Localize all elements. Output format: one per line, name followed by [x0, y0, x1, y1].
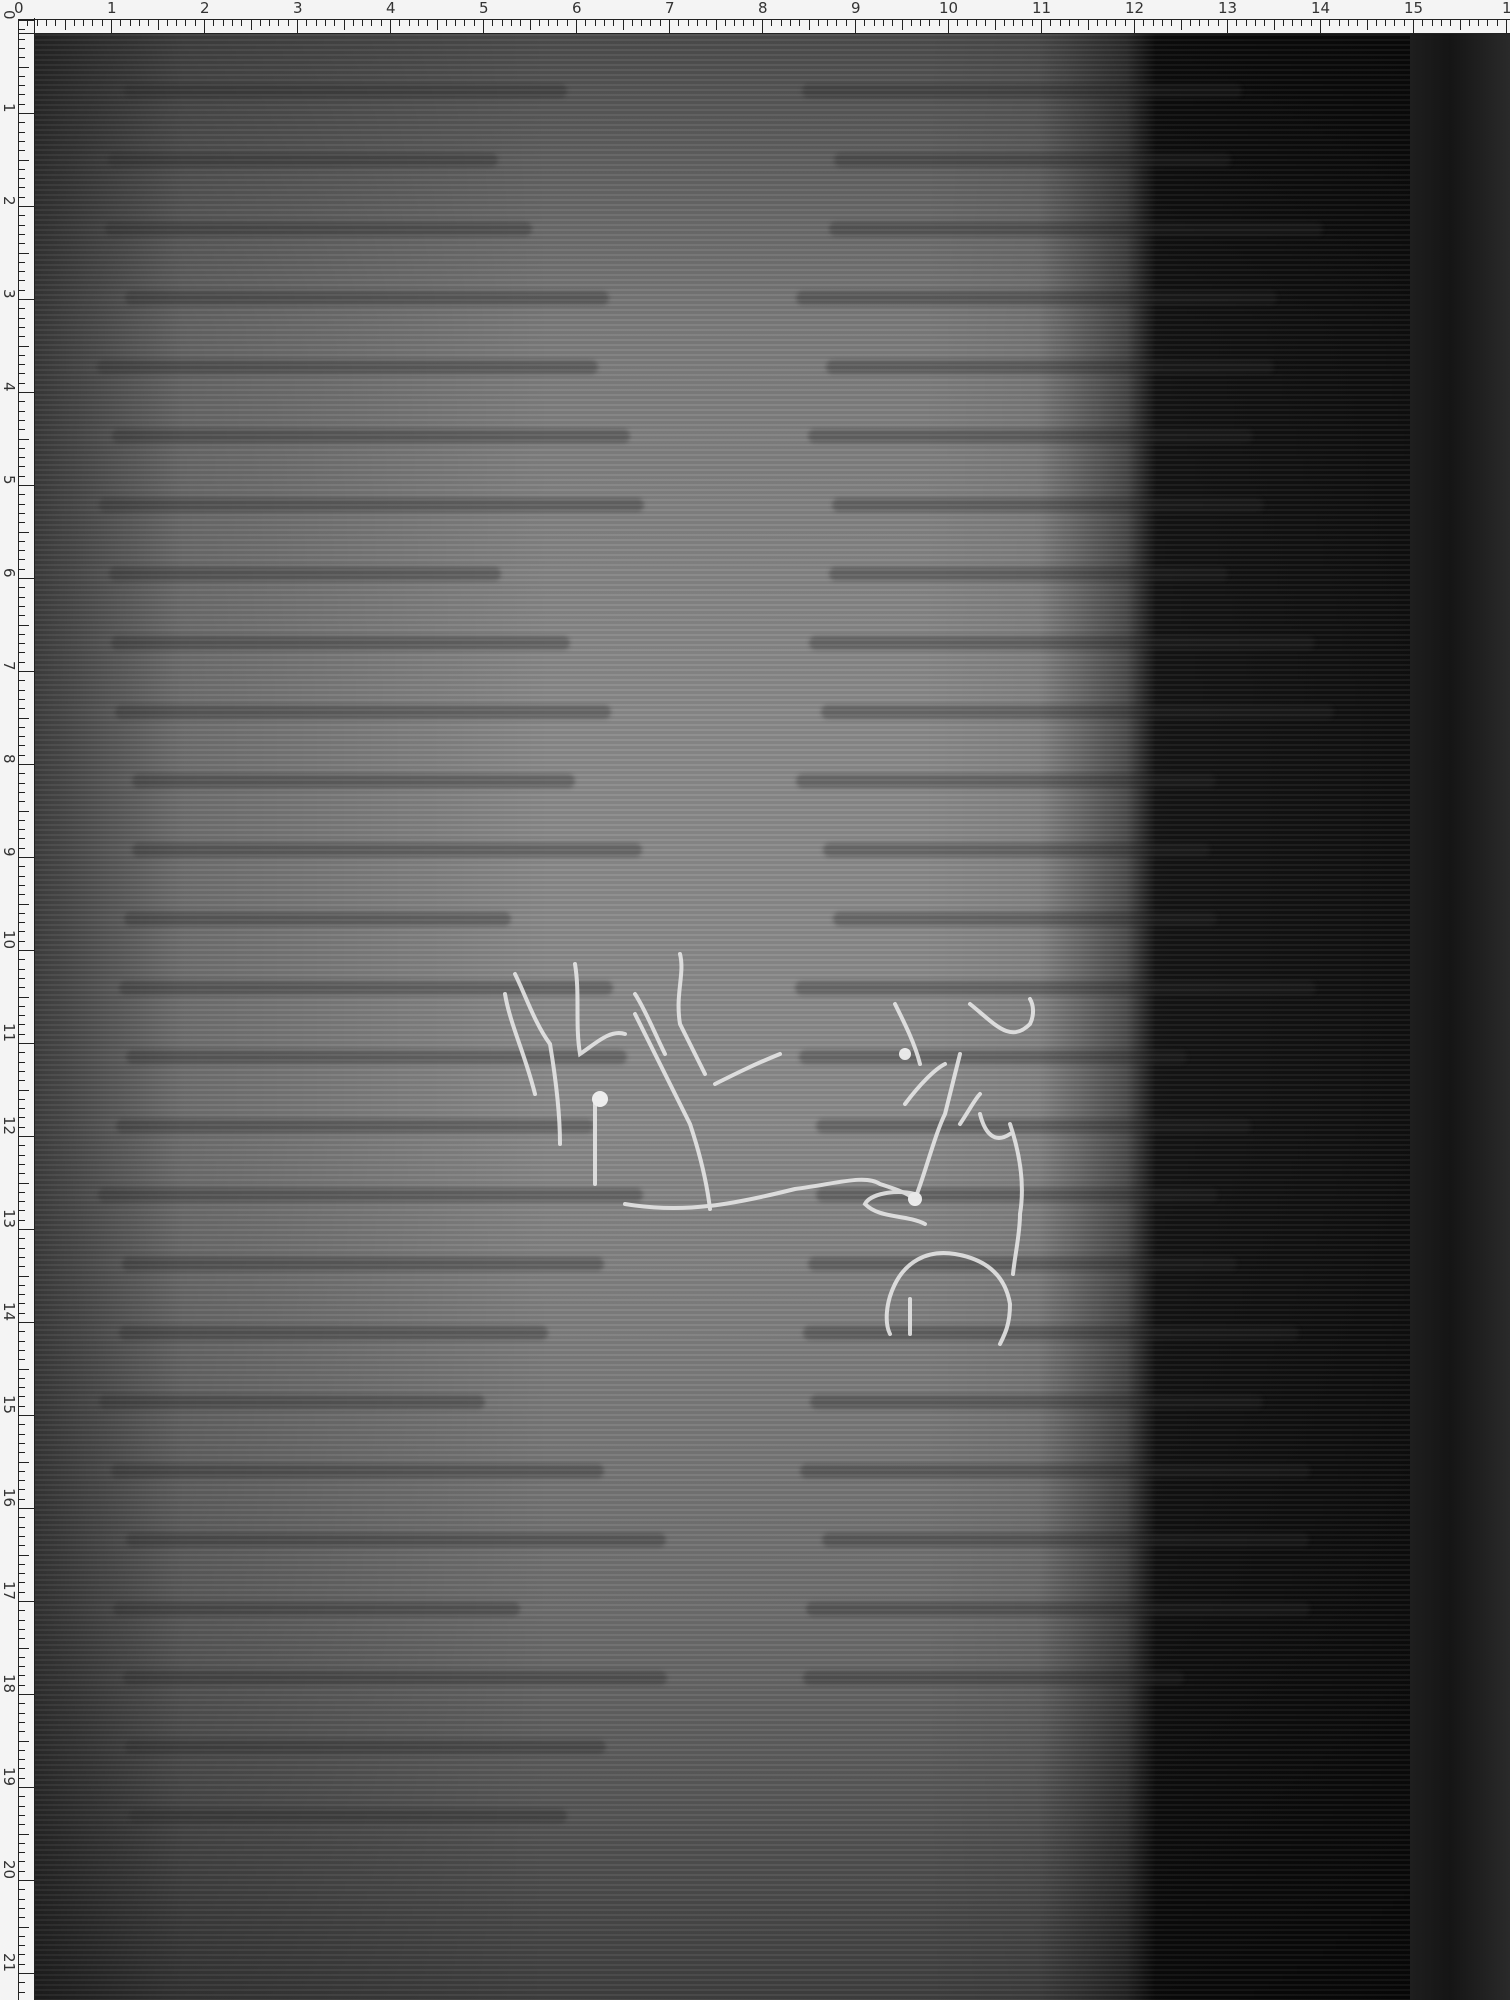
ruler-tick	[19, 680, 25, 681]
ruler-tick	[19, 597, 25, 598]
ruler-tick	[19, 1471, 25, 1472]
ruler-tick	[19, 411, 25, 412]
ruler-label-vertical: 3	[1, 289, 16, 299]
ruler-tick	[19, 922, 25, 923]
ruler-tick	[19, 122, 25, 123]
ruler-tick	[409, 20, 410, 26]
ruler-tick	[19, 373, 25, 374]
ruler-tick	[19, 1183, 29, 1184]
ruler-tick	[19, 485, 34, 486]
ruler-tick	[19, 1927, 29, 1928]
ruler-tick	[19, 1145, 25, 1146]
ruler-tick	[19, 20, 34, 21]
ruler-tick	[511, 20, 512, 26]
ruler-tick	[19, 29, 25, 30]
ruler-tick	[483, 20, 484, 35]
ruler-tick	[19, 187, 25, 188]
ruler-tick	[19, 253, 29, 254]
ruler-tick	[19, 1666, 25, 1667]
ruler-tick	[1469, 20, 1470, 26]
ruler-tick	[19, 1443, 25, 1444]
ruler-tick	[148, 20, 149, 26]
ruler-tick	[19, 829, 25, 830]
ruler-tick	[19, 587, 25, 588]
ruler-tick	[548, 20, 549, 26]
ruler-tick	[19, 1192, 25, 1193]
ruler-tick	[771, 20, 772, 26]
ruler-tick	[46, 20, 47, 26]
ruler-tick	[19, 1489, 25, 1490]
ruler-label-horizontal: 8	[758, 1, 768, 16]
ruler-tick	[111, 20, 112, 35]
ruler-tick	[19, 141, 25, 142]
ruler-tick	[19, 1415, 34, 1416]
ruler-tick	[902, 20, 903, 30]
ruler-tick	[19, 1992, 25, 1993]
ruler-tick	[19, 904, 29, 905]
ruler-tick	[19, 1787, 34, 1788]
ruler-tick	[19, 448, 25, 449]
ruler-tick	[19, 336, 25, 337]
ruler-tick	[846, 20, 847, 26]
ruler-tick	[1041, 20, 1042, 35]
ruler-tick	[55, 20, 56, 26]
ruler-tick	[781, 20, 782, 26]
ruler-tick	[1301, 20, 1302, 26]
ruler-tick	[1218, 20, 1219, 26]
ruler-tick	[929, 20, 930, 26]
ruler-tick	[809, 20, 810, 30]
ruler-tick	[19, 913, 25, 914]
ruler-tick	[669, 20, 670, 35]
ruler-tick	[1432, 20, 1433, 26]
ruler-tick	[1311, 20, 1312, 26]
ruler-tick	[19, 178, 25, 179]
ruler-tick	[19, 625, 29, 626]
ruler-tick	[19, 439, 29, 440]
ruler-tick	[334, 20, 335, 26]
ruler-tick	[19, 85, 25, 86]
ruler-tick	[1348, 20, 1349, 26]
ruler-label-vertical: 12	[1, 1116, 16, 1135]
ruler-tick	[19, 978, 25, 979]
ruler-tick	[1078, 20, 1079, 26]
ruler-tick	[1320, 20, 1321, 35]
ruler-tick	[19, 132, 25, 133]
ruler-tick	[19, 364, 25, 365]
ruler-tick	[585, 20, 586, 26]
ruler-tick	[19, 1452, 25, 1453]
ruler-tick	[19, 1685, 25, 1686]
ruler-tick	[19, 1555, 29, 1556]
ruler-label-vertical: 4	[1, 382, 16, 392]
ruler-label-vertical: 7	[1, 661, 16, 671]
ruler-tick	[19, 1062, 25, 1063]
ruler-tick	[19, 457, 25, 458]
ruler-tick	[19, 355, 25, 356]
ruler-tick	[65, 20, 66, 30]
ruler-tick	[19, 606, 25, 607]
ruler-tick	[19, 1954, 25, 1955]
ruler-tick	[1208, 20, 1209, 26]
ruler-tick	[632, 20, 633, 26]
ruler-tick	[19, 57, 25, 58]
ruler-tick	[19, 1629, 25, 1630]
ruler-tick	[1199, 20, 1200, 26]
ruler-tick	[232, 20, 233, 26]
ruler-tick	[19, 838, 25, 839]
ruler-tick	[19, 327, 25, 328]
ruler-tick	[19, 1015, 25, 1016]
ruler-tick	[725, 20, 726, 26]
ruler-label-vertical: 8	[1, 754, 16, 764]
ruler-tick	[19, 950, 34, 951]
ruler-tick	[19, 1052, 25, 1053]
ruler-tick	[19, 476, 25, 477]
ruler-tick	[19, 1462, 29, 1463]
ruler-tick	[1376, 20, 1377, 26]
ruler-tick	[19, 206, 34, 207]
ruler-tick	[251, 20, 252, 30]
ruler-tick	[19, 1945, 25, 1946]
ruler-tick	[19, 1285, 25, 1286]
ruler-tick	[19, 727, 25, 728]
ruler-tick	[19, 1917, 25, 1918]
ruler-tick	[19, 1843, 25, 1844]
ruler-label-vertical: 14	[1, 1302, 16, 1321]
ruler-tick	[19, 1434, 25, 1435]
ruler-tick	[19, 383, 25, 384]
ruler-tick	[19, 1322, 34, 1323]
ruler-tick	[19, 429, 25, 430]
ruler-tick	[427, 20, 428, 26]
ruler-tick	[185, 20, 186, 26]
ruler-tick	[1404, 20, 1405, 26]
vertical-ruler	[0, 0, 34, 2000]
ruler-tick	[19, 755, 25, 756]
ruler-tick	[353, 20, 354, 26]
ruler-tick	[19, 820, 25, 821]
ruler-label-vertical: 1	[1, 103, 16, 113]
ruler-label-vertical: 17	[1, 1581, 16, 1600]
ruler-tick	[19, 876, 25, 877]
ruler-tick	[1106, 20, 1107, 26]
ruler-tick	[19, 262, 25, 263]
ruler-tick	[19, 1136, 34, 1137]
ruler-label-horizontal: 6	[572, 1, 582, 16]
ruler-tick	[985, 20, 986, 26]
ruler-tick	[19, 532, 29, 533]
ruler-tick	[19, 1406, 25, 1407]
ruler-tick	[892, 20, 893, 26]
ruler-tick	[269, 20, 270, 26]
ruler-tick	[390, 20, 391, 35]
ruler-tick	[19, 1908, 25, 1909]
ruler-tick	[19, 1210, 25, 1211]
ruler-label-horizontal: 1	[1502, 1, 1510, 16]
ruler-tick	[1162, 20, 1163, 26]
ruler-tick	[19, 1294, 25, 1295]
ruler-tick	[19, 113, 34, 114]
ruler-label-horizontal: 3	[293, 1, 303, 16]
ruler-label-horizontal: 7	[665, 1, 675, 16]
ruler-tick	[1069, 20, 1070, 26]
ruler-tick	[1181, 20, 1182, 30]
ruler-label-vertical: 6	[1, 568, 16, 578]
ruler-tick	[19, 1545, 25, 1546]
ruler-tick	[716, 20, 717, 30]
ruler-tick	[19, 1303, 25, 1304]
ruler-tick	[19, 1024, 25, 1025]
ruler-tick	[1171, 20, 1172, 26]
ruler-tick	[19, 1499, 25, 1500]
ruler-tick	[539, 20, 540, 26]
ruler-tick	[19, 1201, 25, 1202]
ruler-tick	[19, 1722, 25, 1723]
ruler-tick	[948, 20, 949, 35]
ruler-tick	[734, 20, 735, 26]
ruler-tick	[799, 20, 800, 26]
ruler-tick	[911, 20, 912, 26]
ruler-tick	[19, 1508, 34, 1509]
ruler-tick	[19, 67, 29, 68]
ruler-tick	[19, 894, 25, 895]
ruler-label-horizontal: 12	[1125, 1, 1144, 16]
ruler-tick	[19, 541, 25, 542]
ruler-tick	[464, 20, 465, 26]
ruler-tick	[19, 1350, 25, 1351]
ruler-tick	[19, 504, 25, 505]
ruler-tick	[1032, 20, 1033, 26]
ruler-tick	[260, 20, 261, 26]
ruler-tick	[19, 671, 34, 672]
ruler-tick	[19, 466, 25, 467]
ruler-tick	[1394, 20, 1395, 26]
ruler-tick	[19, 1973, 34, 1974]
ruler-tick	[316, 20, 317, 26]
ruler-tick	[19, 885, 25, 886]
ruler-tick	[19, 169, 25, 170]
ruler-label-vertical: 10	[1, 930, 16, 949]
ruler-tick	[920, 20, 921, 26]
ruler-tick	[1255, 20, 1256, 26]
ruler-tick	[1264, 20, 1265, 26]
ruler-tick	[19, 1889, 25, 1890]
ruler-label-horizontal: 11	[1032, 1, 1051, 16]
ruler-tick	[19, 1601, 34, 1602]
ruler-tick	[19, 401, 25, 402]
ruler-tick	[19, 1527, 25, 1528]
ruler-tick	[167, 20, 168, 26]
ruler-label-vertical: 2	[1, 196, 16, 206]
ruler-tick	[19, 1117, 25, 1118]
ruler-tick	[706, 20, 707, 26]
ruler-label-horizontal: 14	[1311, 1, 1330, 16]
ruler-tick	[604, 20, 605, 26]
ruler-tick	[1339, 20, 1340, 26]
ruler-tick	[158, 20, 159, 30]
ruler-tick	[19, 931, 25, 932]
ruler-tick	[437, 20, 438, 30]
ruler-label-vertical: 19	[1, 1767, 16, 1786]
ruler-tick	[19, 801, 25, 802]
ruler-tick	[19, 1768, 25, 1769]
ruler-tick	[19, 392, 34, 393]
ruler-tick	[19, 1341, 25, 1342]
ruler-tick	[19, 1899, 25, 1900]
ruler-label-horizontal: 4	[386, 1, 396, 16]
ruler-tick	[19, 569, 25, 570]
ruler-tick	[92, 20, 93, 26]
ruler-tick	[19, 1396, 25, 1397]
ruler-tick	[19, 1573, 25, 1574]
ruler-tick	[19, 1620, 25, 1621]
ruler-tick	[19, 1034, 25, 1035]
stag-drawing	[35, 34, 1510, 2000]
ruler-tick	[1097, 20, 1098, 26]
ruler-tick	[19, 1861, 25, 1862]
ruler-tick	[1283, 20, 1284, 26]
ruler-label-horizontal: 15	[1404, 1, 1423, 16]
ruler-tick	[678, 20, 679, 26]
ruler-tick	[19, 848, 25, 849]
ruler-tick	[19, 1099, 25, 1100]
ruler-tick	[1367, 20, 1368, 30]
ruler-tick	[19, 811, 29, 812]
ruler-tick	[1153, 20, 1154, 26]
ruler-tick	[19, 1248, 25, 1249]
ruler-tick	[362, 20, 363, 26]
ruler-tick	[1125, 20, 1126, 26]
ruler-tick	[19, 1582, 25, 1583]
ruler-tick	[19, 1694, 34, 1695]
ruler-tick	[19, 1610, 25, 1611]
binding-gutter	[1410, 34, 1510, 2000]
ruler-tick	[19, 1229, 34, 1230]
ruler-tick	[818, 20, 819, 26]
ruler-tick	[19, 1164, 25, 1165]
ruler-tick	[297, 20, 298, 35]
ruler-tick	[19, 1982, 25, 1983]
ruler-tick	[19, 662, 25, 663]
ruler-tick	[19, 866, 25, 867]
ruler-tick	[19, 773, 25, 774]
ruler-tick	[19, 1127, 25, 1128]
ruler-tick	[19, 1424, 25, 1425]
ruler-tick	[19, 243, 25, 244]
ruler-tick	[19, 225, 25, 226]
ruler-tick	[576, 20, 577, 35]
ruler-tick	[195, 20, 196, 26]
ruler-label-horizontal: 5	[479, 1, 489, 16]
ruler-tick	[1236, 20, 1237, 26]
ruler-tick	[288, 20, 289, 26]
ruler-tick	[19, 1517, 25, 1518]
ruler-tick	[37, 20, 38, 26]
ruler-tick	[223, 20, 224, 26]
ruler-tick	[130, 20, 131, 26]
ruler-tick	[19, 1564, 25, 1565]
ruler-tick	[1115, 20, 1116, 26]
ruler-label-horizontal: 1	[107, 1, 117, 16]
ruler-tick	[753, 20, 754, 26]
ruler-tick	[19, 745, 25, 746]
ruler-tick	[19, 941, 25, 942]
ruler-tick	[19, 1331, 25, 1332]
ruler-tick	[19, 615, 25, 616]
ruler-tick	[595, 20, 596, 26]
ruler-tick	[1497, 20, 1498, 26]
ruler-label-vertical: 5	[1, 475, 16, 485]
ruler-tick	[83, 20, 84, 26]
ruler-label-horizontal: 2	[200, 1, 210, 16]
ruler-tick	[976, 20, 977, 26]
ruler-tick	[19, 215, 25, 216]
ruler-tick	[19, 290, 25, 291]
ruler-tick	[1060, 20, 1061, 26]
ruler-tick	[743, 20, 744, 26]
ruler-tick	[19, 1657, 25, 1658]
ruler-tick	[19, 550, 25, 551]
ruler-tick	[19, 997, 29, 998]
ruler-tick	[19, 1796, 25, 1797]
ruler-tick	[19, 1006, 25, 1007]
ruler-tick	[1004, 20, 1005, 26]
ruler-tick	[74, 20, 75, 26]
ruler-tick	[474, 20, 475, 26]
ruler-label-vertical: 13	[1, 1209, 16, 1228]
ruler-tick	[1460, 20, 1461, 30]
ruler-tick	[19, 76, 25, 77]
ruler-label-vertical: 0	[1, 10, 16, 20]
ruler-tick	[874, 20, 875, 26]
ruler-tick	[641, 20, 642, 26]
ruler-tick	[19, 1238, 25, 1239]
ruler-tick	[19, 1824, 25, 1825]
ruler-tick	[855, 20, 856, 35]
ruler-tick	[883, 20, 884, 26]
ruler-tick	[530, 20, 531, 30]
ruler-label-horizontal: 9	[851, 1, 861, 16]
ruler-tick	[19, 559, 25, 560]
ruler-tick	[1441, 20, 1442, 26]
ruler-tick	[19, 1731, 25, 1732]
ruler-tick	[1422, 20, 1423, 26]
ruler-tick	[278, 20, 279, 26]
ruler-tick	[19, 1155, 25, 1156]
ruler-tick	[19, 969, 25, 970]
ruler-tick	[19, 783, 25, 784]
ruler-tick	[120, 20, 121, 26]
ruler-label-vertical: 9	[1, 847, 16, 857]
ruler-tick	[19, 522, 25, 523]
ruler-tick	[204, 20, 205, 35]
ruler-label-vertical: 18	[1, 1674, 16, 1693]
ruler-tick	[1357, 20, 1358, 26]
ruler-tick	[19, 1071, 25, 1072]
ruler-tick	[19, 1852, 25, 1853]
ruler-tick	[19, 1778, 25, 1779]
ruler-tick	[19, 1936, 25, 1937]
ruler-tick	[19, 708, 25, 709]
ruler-tick	[1413, 20, 1414, 35]
ruler-tick	[1088, 20, 1089, 30]
ruler-tick	[19, 48, 25, 49]
ruler-tick	[19, 1313, 25, 1314]
ruler-label-vertical: 21	[1, 1953, 16, 1972]
ruler-tick	[1478, 20, 1479, 26]
ruler-tick	[995, 20, 996, 30]
